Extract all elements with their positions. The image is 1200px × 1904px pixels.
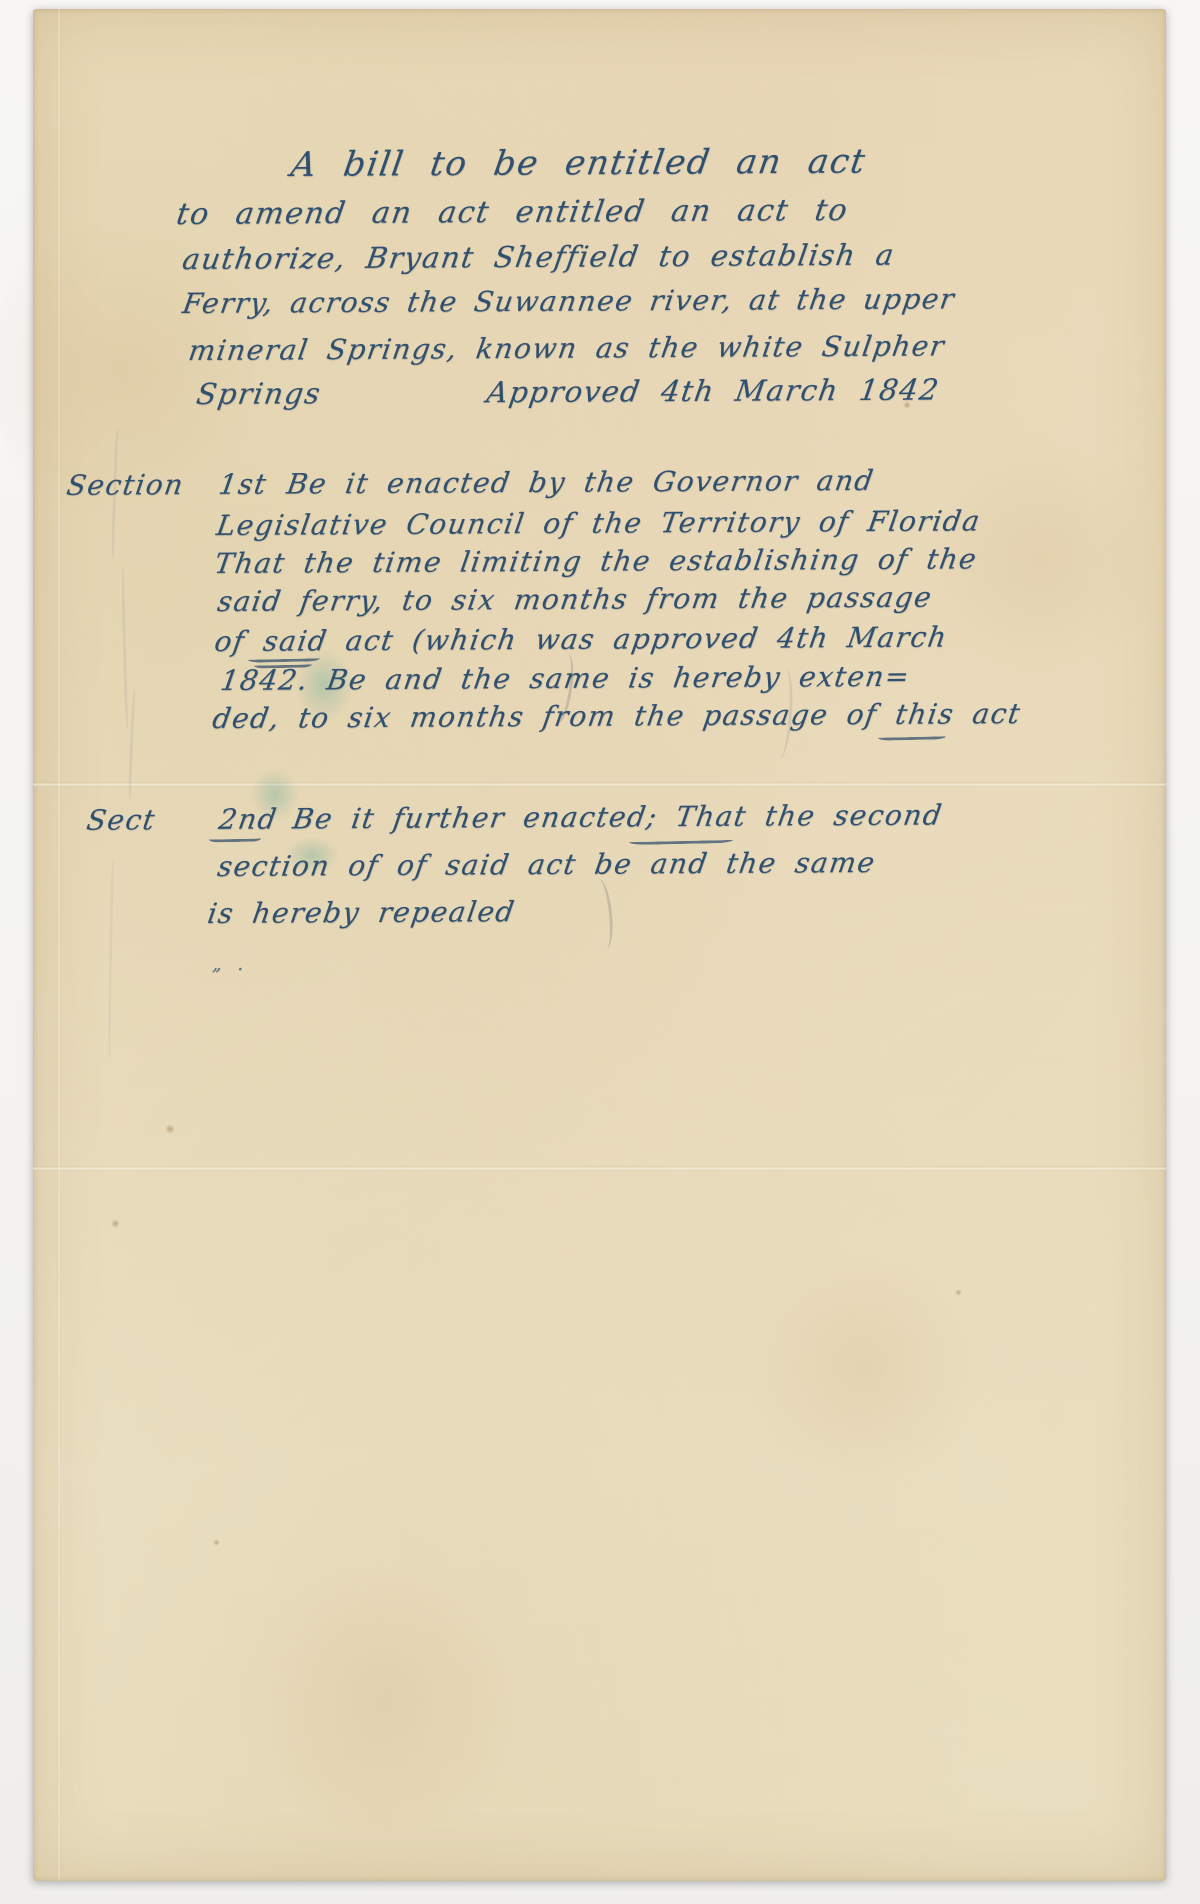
section2-number: 2nd	[217, 803, 280, 836]
title-line-4: Ferry, across the Suwannee river, at the…	[179, 281, 1173, 329]
ink-underline-this-act	[878, 736, 946, 740]
title-line-6: Springs Approved 4th March 1842	[193, 371, 1173, 419]
section2-label: Sect	[84, 803, 158, 836]
section2-opening-line: Sect 2nd Be it further enacted; That the…	[33, 797, 1173, 846]
section1-label: Section	[64, 468, 186, 502]
section1-number: 1st	[217, 468, 270, 501]
title-line-1: A bill to be entitled an act	[288, 140, 1173, 187]
title-line-3: authorize, Bryant Sheffield to establish…	[179, 236, 1173, 284]
section1-line: ded, to six months from the passage of t…	[209, 696, 1173, 744]
handwriting-layer: A bill to be entitled an act to amend an…	[33, 9, 1166, 1881]
title-line-2: to amend an act entitled an act to	[173, 191, 1173, 239]
paper-sheet: A bill to be entitled an act to amend an…	[33, 9, 1166, 1881]
section2-line: section of of said act be and the same	[214, 844, 1173, 892]
title-line-5: mineral Springs, known as the white Sulp…	[185, 328, 1173, 376]
stray-marks: „ .	[208, 948, 1173, 996]
section2-opening-text: Be it further enacted; That the second	[291, 798, 946, 835]
section2-line: is hereby repealed	[204, 891, 1173, 939]
section1-opening-text: Be it enacted by the Governor and	[285, 464, 877, 501]
document-scan: A bill to be entitled an act to amend an…	[0, 0, 1200, 1904]
